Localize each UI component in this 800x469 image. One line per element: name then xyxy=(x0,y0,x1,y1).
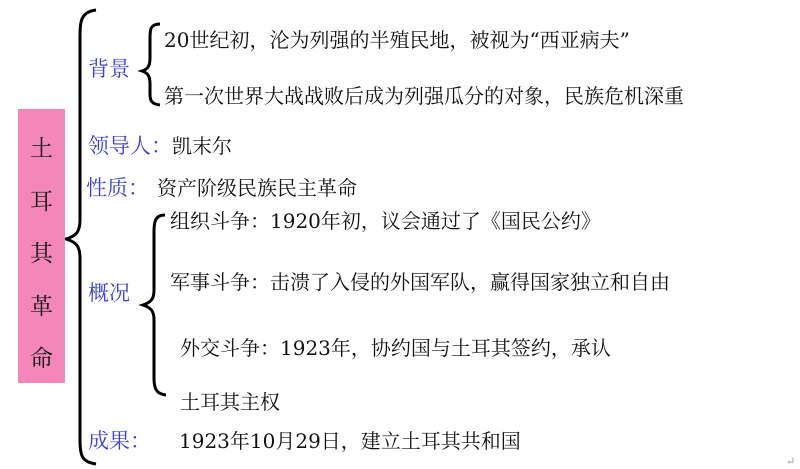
leader-value: 凯末尔 xyxy=(172,134,232,158)
result-row: 成果：1923年10月29日，建立土耳其共和国 xyxy=(88,425,521,455)
result-label: 成果： xyxy=(88,429,151,453)
paragraph-mark-icon: ↵ xyxy=(786,455,795,468)
root-title-char: 革 xyxy=(18,288,65,321)
overview-item: 外交斗争：1923年，协约国与土耳其签约，承认 xyxy=(180,332,611,361)
nature-row: 性质：资产阶级民族民主革命 xyxy=(86,172,357,202)
leader-row: 领导人：凯末尔 xyxy=(88,130,232,160)
overview-item: 土耳其主权 xyxy=(180,386,280,415)
overview-item: 组织斗争：1920年初，议会通过了《国民公约》 xyxy=(170,205,601,234)
overview-item: 军事斗争：击溃了入侵的外国军队，赢得国家独立和自由 xyxy=(170,266,670,295)
background-brace-icon xyxy=(142,24,160,105)
root-title-char: 土 xyxy=(18,130,65,163)
background-item: 20世纪初，沦为列强的半殖民地，被视为“西亚病夫” xyxy=(164,24,630,53)
root-title-char: 耳 xyxy=(18,183,65,216)
background-item: 第一次世界大战战败后成为列强瓜分的对象，民族危机深重 xyxy=(164,80,684,109)
overview-brace-icon xyxy=(143,215,166,395)
result-value: 1923年10月29日，建立土耳其共和国 xyxy=(179,429,521,453)
root-title-char: 命 xyxy=(18,340,65,373)
nature-label: 性质： xyxy=(86,176,149,200)
root-title-char: 其 xyxy=(18,235,65,268)
leader-label: 领导人： xyxy=(88,134,172,158)
root-title-box: 土 耳 其 革 命 xyxy=(18,109,65,383)
nature-value: 资产阶级民族民主革命 xyxy=(157,176,357,200)
background-label: 背景 xyxy=(88,53,130,83)
overview-label: 概况 xyxy=(88,277,130,307)
